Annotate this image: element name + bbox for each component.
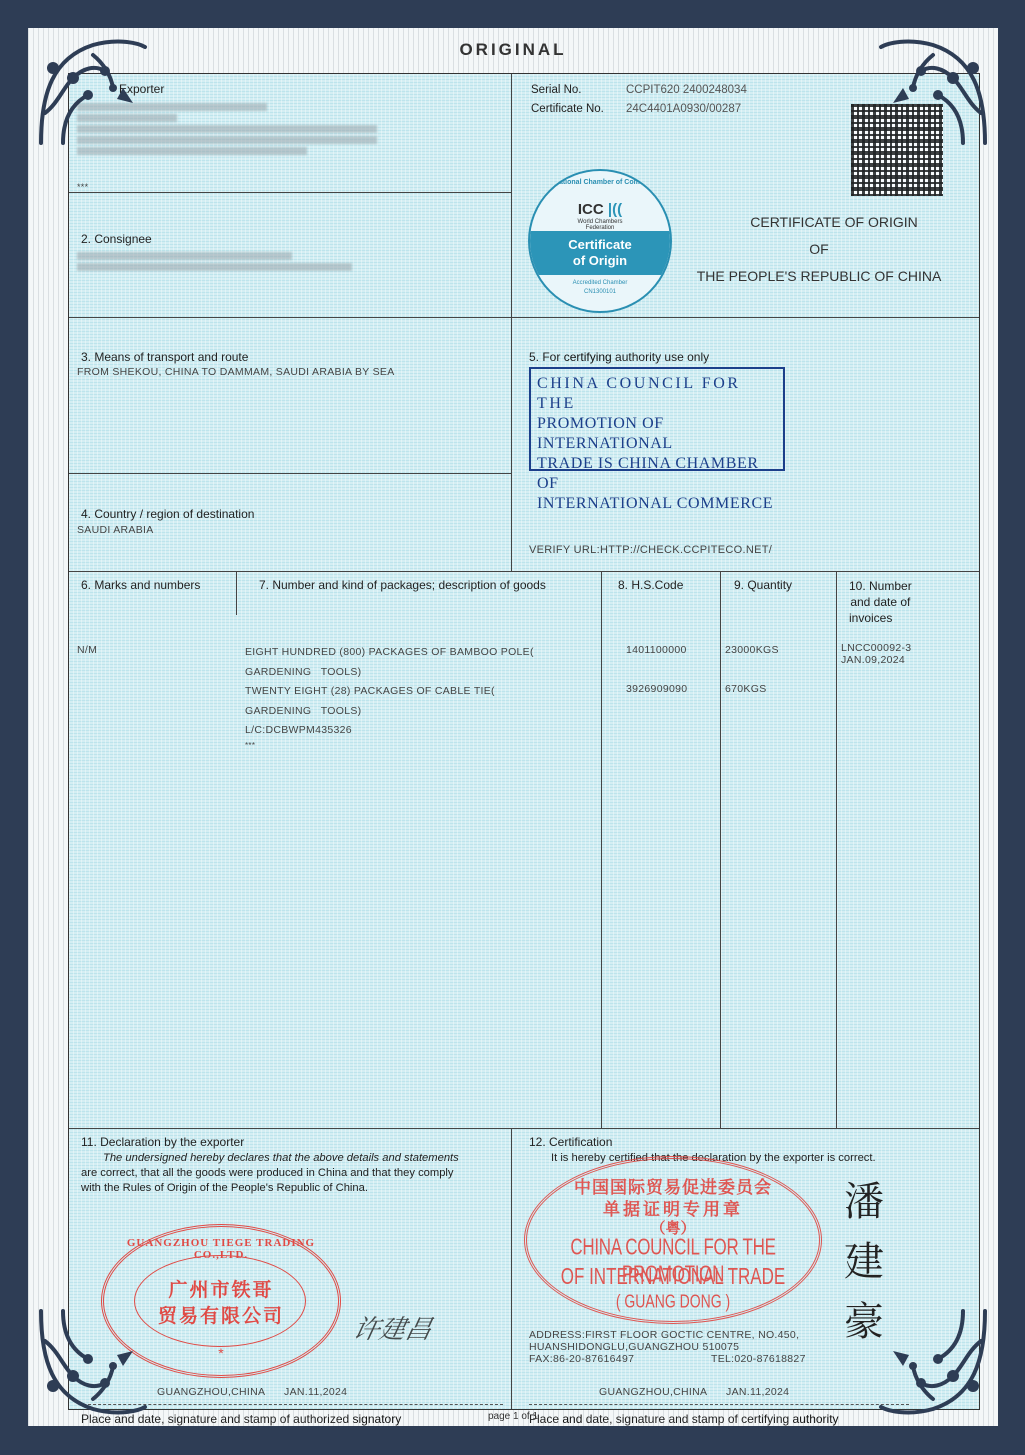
invoice-number: LNCC00092-3 xyxy=(841,642,911,654)
fax-number: FAX:86-20-87616497 xyxy=(529,1353,634,1365)
exporter-ellipsis: *** xyxy=(77,182,88,192)
certificate-form: Exporter *** Serial No. CCPIT620 2400248… xyxy=(68,73,980,1410)
signature-char: 建 xyxy=(839,1232,889,1292)
desc-line: TWENTY EIGHT (28) PACKAGES OF CABLE TIE( xyxy=(245,682,534,702)
icc-logo: ICC |(( xyxy=(530,201,670,218)
address-line1: ADDRESS:FIRST FLOOR GOCTIC CENTRE, NO.45… xyxy=(529,1329,889,1341)
stamp-line: CHINA COUNCIL FOR THE xyxy=(537,374,777,414)
invoice-header: 10. Number and date of invoices xyxy=(849,578,912,626)
title-line2: OF xyxy=(669,236,969,263)
hs-code-header: 8. H.S.Code xyxy=(618,578,683,592)
desc-line: GARDENING TOOLS) xyxy=(245,663,534,683)
description-header: 7. Number and kind of packages; descript… xyxy=(259,578,546,592)
certificate-no-label: Certificate No. xyxy=(531,103,604,115)
signature-line xyxy=(529,1404,909,1405)
desc-line: EIGHT HUNDRED (800) PACKAGES OF BAMBOO P… xyxy=(245,643,534,663)
signature-char: 潘 xyxy=(839,1172,889,1232)
icc-band-line1: Certificate xyxy=(568,237,632,252)
divider xyxy=(236,571,237,615)
divider xyxy=(69,192,511,193)
declaration-text: The undersigned hereby declares that the… xyxy=(81,1151,511,1196)
consignee-redacted xyxy=(77,249,352,274)
marks-header: 6. Marks and numbers xyxy=(81,578,200,592)
contact-line: FAX:86-20-87616497 TEL:020-87618827 xyxy=(529,1353,889,1365)
icc-logo-text: ICC xyxy=(578,201,604,218)
quantity-header: 9. Quantity xyxy=(734,578,792,592)
serial-label: Serial No. xyxy=(531,84,582,96)
certification-label: 12. Certification xyxy=(529,1135,612,1149)
stamp-line: PROMOTION OF INTERNATIONAL xyxy=(537,414,777,454)
quantity-1: 23000KGS xyxy=(725,644,779,656)
icc-band: Certificateof Origin xyxy=(530,231,670,275)
table-row: EIGHT HUNDRED (800) PACKAGES OF BAMBOO P… xyxy=(245,643,534,682)
stamp-line: TRADE IS CHINA CHAMBER OF xyxy=(537,454,777,494)
icc-federation: World ChambersFederation xyxy=(530,219,670,231)
icc-arc-text: International Chamber of Commerce xyxy=(530,179,670,186)
divider xyxy=(511,74,512,571)
page-number: page 1 of 1 xyxy=(28,1411,998,1422)
transport-label: 3. Means of transport and route xyxy=(81,350,248,364)
seal-en-line2: OF INTERNATIONAL TRADE xyxy=(527,1264,819,1291)
certificate-title: CERTIFICATE OF ORIGIN OF THE PEOPLE'S RE… xyxy=(669,209,969,290)
icc-band-line2: of Origin xyxy=(573,253,627,268)
authority-label-bold: certifying xyxy=(564,350,612,364)
ccpit-red-seal: 中国国际贸易促进委员会 单据证明专用章 （粤） CHINA COUNCIL FO… xyxy=(524,1156,822,1324)
invoice-header-l1: 10. Number xyxy=(849,578,912,594)
authority-label-prefix: 5. For xyxy=(529,350,564,364)
lc-number: L/C:DCBWPM435326 xyxy=(245,721,534,741)
corner-ornament-icon xyxy=(33,33,153,153)
declaration-line: The undersigned hereby declares that the… xyxy=(81,1151,511,1166)
goods-ellipsis: *** xyxy=(245,741,534,751)
certificate-page: ORIGINAL Exporter *** Serial No. CCPIT62… xyxy=(28,28,998,1426)
icc-accredited: Accredited Chamber xyxy=(573,280,628,286)
hs-code-1: 1401100000 xyxy=(626,644,687,656)
declaration-label: 11. Declaration by the exporter xyxy=(81,1135,244,1149)
icc-waves-icon: |(( xyxy=(608,201,622,218)
divider xyxy=(69,317,979,318)
exporter-signature: 许建昌 xyxy=(350,1309,436,1346)
divider xyxy=(601,571,602,1128)
certifier-place-date: GUANGZHOU,CHINA JAN.11,2024 xyxy=(599,1386,789,1398)
corner-ornament-icon xyxy=(873,33,993,153)
certificate-no-value: 24C4401A0930/00287 xyxy=(626,103,741,115)
destination-value: SAUDI ARABIA xyxy=(77,524,154,536)
exporter-place-date: GUANGZHOU,CHINA JAN.11,2024 xyxy=(157,1386,347,1398)
address-line2: HUANSHIDONGLU,GUANGZHOU 510075 xyxy=(529,1341,889,1353)
authority-label: 5. For certifying authority use only xyxy=(529,350,709,364)
title-line1: CERTIFICATE OF ORIGIN xyxy=(669,209,969,236)
divider xyxy=(69,1128,979,1129)
tel-number: TEL:020-87618827 xyxy=(711,1353,806,1365)
authority-label-suffix: authority use only xyxy=(612,350,709,364)
destination-label: 4. Country / region of destination xyxy=(81,507,254,521)
table-row: TWENTY EIGHT (28) PACKAGES OF CABLE TIE(… xyxy=(245,682,534,721)
divider xyxy=(836,571,837,1128)
ccpit-blue-stamp: CHINA COUNCIL FOR THE PROMOTION OF INTER… xyxy=(529,367,785,471)
stamp-line: INTERNATIONAL COMMERCE xyxy=(537,494,777,514)
invoice-date: JAN.09,2024 xyxy=(841,654,911,666)
divider xyxy=(69,571,979,572)
original-header: ORIGINAL xyxy=(28,40,998,60)
divider xyxy=(720,571,721,1128)
divider xyxy=(69,473,511,474)
hs-code-2: 3926909090 xyxy=(626,683,687,695)
icc-badge: International Chamber of Commerce ICC |(… xyxy=(528,169,672,313)
seal-cn-line1: 广州市铁哥 xyxy=(104,1275,338,1302)
corner-ornament-icon xyxy=(873,1301,993,1421)
declaration-line: are correct, that all the goods were pro… xyxy=(81,1166,511,1181)
icc-footer: Accredited ChamberCN1300101 xyxy=(530,279,670,297)
desc-line: GARDENING TOOLS) xyxy=(245,702,534,722)
quantity-2: 670KGS xyxy=(725,683,767,695)
invoice-value: LNCC00092-3 JAN.09,2024 xyxy=(841,642,911,666)
marks-value: N/M xyxy=(77,644,97,656)
corner-ornament-icon xyxy=(33,1301,153,1421)
serial-value: CCPIT620 2400248034 xyxy=(626,84,747,96)
goods-description: EIGHT HUNDRED (800) PACKAGES OF BAMBOO P… xyxy=(245,643,534,751)
title-line3: THE PEOPLE'S REPUBLIC OF CHINA xyxy=(669,263,969,290)
declaration-line: with the Rules of Origin of the People's… xyxy=(81,1181,511,1196)
divider xyxy=(511,1128,512,1409)
consignee-label: 2. Consignee xyxy=(81,232,152,246)
transport-value: FROM SHEKOU, CHINA TO DAMMAM, SAUDI ARAB… xyxy=(77,366,395,378)
verify-url[interactable]: VERIFY URL:HTTP://CHECK.CCPITECO.NET/ xyxy=(529,544,772,556)
icc-code: CN1300101 xyxy=(584,289,616,295)
seal-en-line3: ( GUANG DONG ) xyxy=(527,1290,819,1312)
invoice-header-l3: invoices xyxy=(849,610,912,626)
invoice-header-l2: and date of xyxy=(849,594,912,610)
certifier-address: ADDRESS:FIRST FLOOR GOCTIC CENTRE, NO.45… xyxy=(529,1329,889,1365)
